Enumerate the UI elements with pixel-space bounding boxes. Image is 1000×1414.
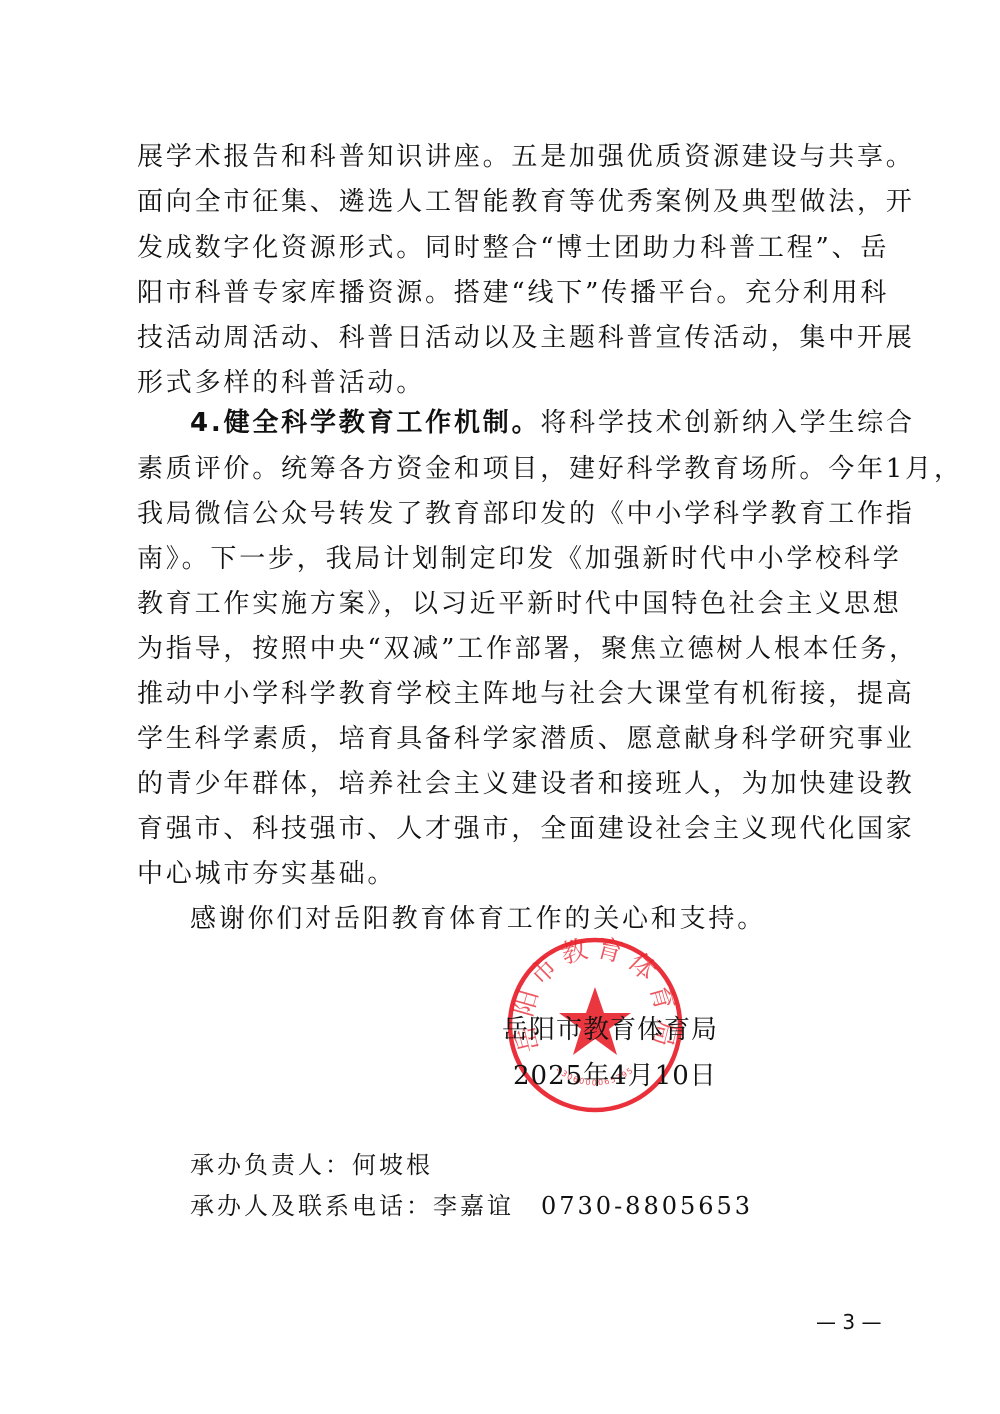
section4-heading: 4.健全科学教育工作机制。 [190, 408, 540, 438]
body-line: 中心城市夯实基础。 [137, 857, 867, 891]
responsible-person: 承办负责人：何坡根 [190, 1149, 433, 1181]
body-line: 素质评价。统筹各方资金和项目，建好科学教育场所。今年1月， [137, 452, 867, 486]
body-line: 发成数字化资源形式。同时整合“博士团助力科普工程”、岳 [137, 231, 867, 265]
body-line: 育强市、科技强市、人才强市，全面建设社会主义现代化国家 [137, 812, 867, 846]
thanks-line: 感谢你们对岳阳教育体育工作的关心和支持。 [190, 902, 920, 936]
body-line: 展学术报告和科普知识讲座。五是加强优质资源建设与共享。 [137, 140, 867, 174]
section4-first-line-text: 将科学技术创新纳入学生综合 [540, 408, 914, 438]
body-line: 学生科学素质，培育具备科学家潜质、愿意献身科学研究事业 [137, 722, 867, 756]
handler-contact: 承办人及联系电话：李嘉谊 0730-8805653 [190, 1190, 753, 1222]
signing-date: 2025年4月10日 [513, 1059, 717, 1093]
body-line: 的青少年群体，培养社会主义建设者和接班人，为加快建设教 [137, 767, 867, 801]
body-line: 技活动周活动、科普日活动以及主题科普宣传活动，集中开展 [137, 321, 867, 355]
body-line: 推动中小学科学教育学校主阵地与社会大课堂有机衔接，提高 [137, 677, 867, 711]
body-line: 我局微信公众号转发了教育部印发的《中小学科学教育工作指 [137, 497, 867, 531]
body-line: 面向全市征集、遴选人工智能教育等优秀案例及典型做法，开 [137, 185, 867, 219]
body-line: 为指导，按照中央“双减”工作部署，聚焦立德树人根本任务， [137, 632, 867, 666]
section4-first-line: 4.健全科学教育工作机制。将科学技术创新纳入学生综合 [190, 406, 920, 440]
body-line: 阳市科普专家库播资源。搭建“线下”传播平台。充分利用科 [137, 276, 867, 310]
body-line: 形式多样的科普活动。 [137, 366, 867, 400]
page-number: — 3 — [816, 1310, 881, 1334]
body-line: 教育工作实施方案》，以习近平新时代中国特色社会主义思想 [137, 587, 867, 621]
signing-organization: 岳阳市教育体育局 [502, 1013, 718, 1047]
body-line: 南》。下一步，我局计划制定印发《加强新时代中小学校科学 [137, 542, 867, 576]
document-page: 展学术报告和科普知识讲座。五是加强优质资源建设与共享。 面向全市征集、遴选人工智… [0, 0, 1000, 1414]
